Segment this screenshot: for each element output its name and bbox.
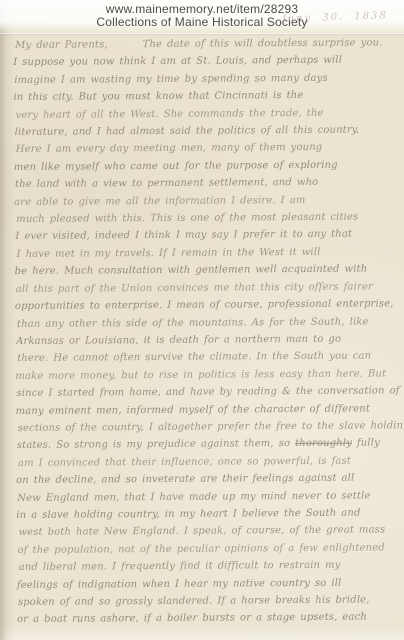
letter-body: My dear Parents, The date of this will d… bbox=[13, 34, 404, 628]
struck-word: thoroughly bbox=[295, 438, 352, 449]
letter-salutation: My dear Parents, bbox=[15, 39, 108, 51]
scanned-letter-page: Jany 30. 1838 My dear Parents, The date … bbox=[0, 0, 404, 640]
letter-line: or a boat runs ashore, if a boiler burst… bbox=[17, 609, 404, 629]
letter-opening-sentence: The date of this will doubtless surprise… bbox=[143, 37, 383, 50]
